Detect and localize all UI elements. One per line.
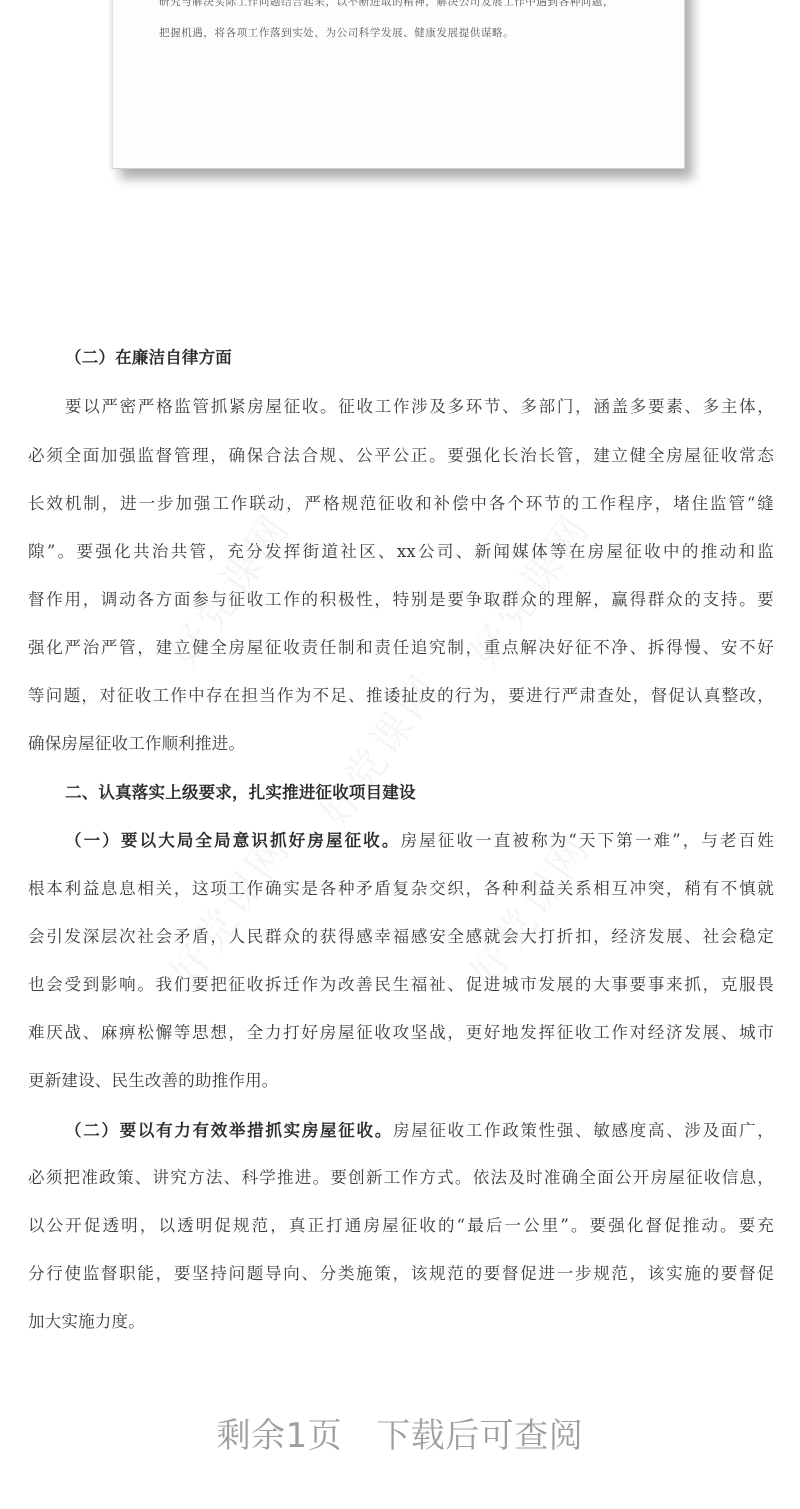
paragraph-line: （一）要以大局全局意识抓好房屋征收。房屋征收一直被称为“天下第一难”，与老百姓 (65, 829, 774, 853)
remaining-pages-label: 剩余1页 (217, 1416, 343, 1456)
item-text: 房屋征收工作政策性强、敏感度高、涉及面广， (393, 1121, 774, 1140)
paragraph-line: 会引发深层次社会矛盾，人民群众的获得感幸福感安全感就会大打折扣，经济发展、社会稳… (28, 925, 774, 949)
paragraph-line: 隙”。要强化共治共管，充分发挥街道社区、xx公司、新闻媒体等在房屋征收中的推动和… (28, 540, 774, 564)
section-heading: 二、认真落实上级要求，扎实推进征收项目建设 (65, 781, 774, 805)
paragraph-line: 必须把准政策、讲究方法、科学推进。要创新工作方式。依法及时准确全面公开房屋征收信… (28, 1166, 774, 1190)
preview-text-line: 研究与解决实际工作问题结合起来，以不断进取的精神，解决公司发展工作中遇到各种问题… (159, 0, 614, 9)
download-hint-label: 下载后可查阅 (376, 1416, 583, 1456)
paragraph-line: 要以严密严格监管抓紧房屋征收。征收工作涉及多环节、多部门，涵盖多要素、多主体， (65, 395, 774, 419)
paragraph-line: 长效机制，进一步加强工作联动，严格规范征收和补偿中各个环节的工作程序，堵住监管“… (28, 492, 774, 516)
paragraph-line: 确保房屋征收工作顺利推进。 (28, 732, 774, 756)
paragraph-line: 必须全面加强监督管理，确保合法合规、公平公正。要强化长治长管，建立健全房屋征收常… (28, 444, 774, 468)
paragraph-line: 督作用，调动各方面参与征收工作的积极性，特别是要争取群众的理解，赢得群众的支持。… (28, 588, 774, 612)
item-lead: （二）要以有力有效举措抓实房屋征收。 (65, 1121, 393, 1140)
paragraph-line: 也会受到影响。我们要把征收拆迁作为改善民生福祉、促进城市发展的大事要事来抓，克服… (28, 973, 774, 997)
item-lead: （一）要以大局全局意识抓好房屋征收。 (65, 831, 401, 850)
paragraph-line: 强化严治严管，建立健全房屋征收责任制和责任追究制，重点解决好征不净、拆得慢、安不… (28, 636, 774, 660)
paragraph-line: 分行使监督职能，要坚持问题导向、分类施策，该规范的要督促进一步规范，该实施的要督… (28, 1262, 774, 1286)
item-text: 房屋征收一直被称为“天下第一难”，与老百姓 (401, 831, 774, 850)
paragraph-line: 更新建设、民生改善的助推作用。 (28, 1069, 774, 1093)
preview-text-line: 把握机遇，将各项工作落到实处，为公司科学发展、健康发展提供谋略。 (159, 25, 514, 40)
section-heading: （二）在廉洁自律方面 (65, 346, 774, 370)
paragraph-line: 根本利益息息相关，这项工作确实是各种矛盾复杂交织，各种利益关系相互冲突，稍有不慎… (28, 877, 774, 901)
paragraph-line: 难厌战、麻痹松懈等思想，全力打好房屋征收攻坚战，更好地发挥征收工作对经济发展、城… (28, 1021, 774, 1045)
paragraph-line: 以公开促透明，以透明促规范，真正打通房屋征收的“最后一公里”。要强化督促推动。要… (28, 1214, 774, 1238)
paragraph-line: 加大实施力度。 (28, 1310, 774, 1334)
paragraph-line: 等问题，对征收工作中存在担当作为不足、推诿扯皮的行为，要进行严肃查处，督促认真整… (28, 684, 774, 708)
remaining-pages-download-prompt[interactable]: 剩余1页下载后可查阅 (0, 1408, 800, 1457)
document-preview-page: 研究与解决实际工作问题结合起来，以不断进取的精神，解决公司发展工作中遇到各种问题… (112, 0, 685, 169)
paragraph-line: （二）要以有力有效举措抓实房屋征收。房屋征收工作政策性强、敏感度高、涉及面广， (65, 1119, 774, 1143)
